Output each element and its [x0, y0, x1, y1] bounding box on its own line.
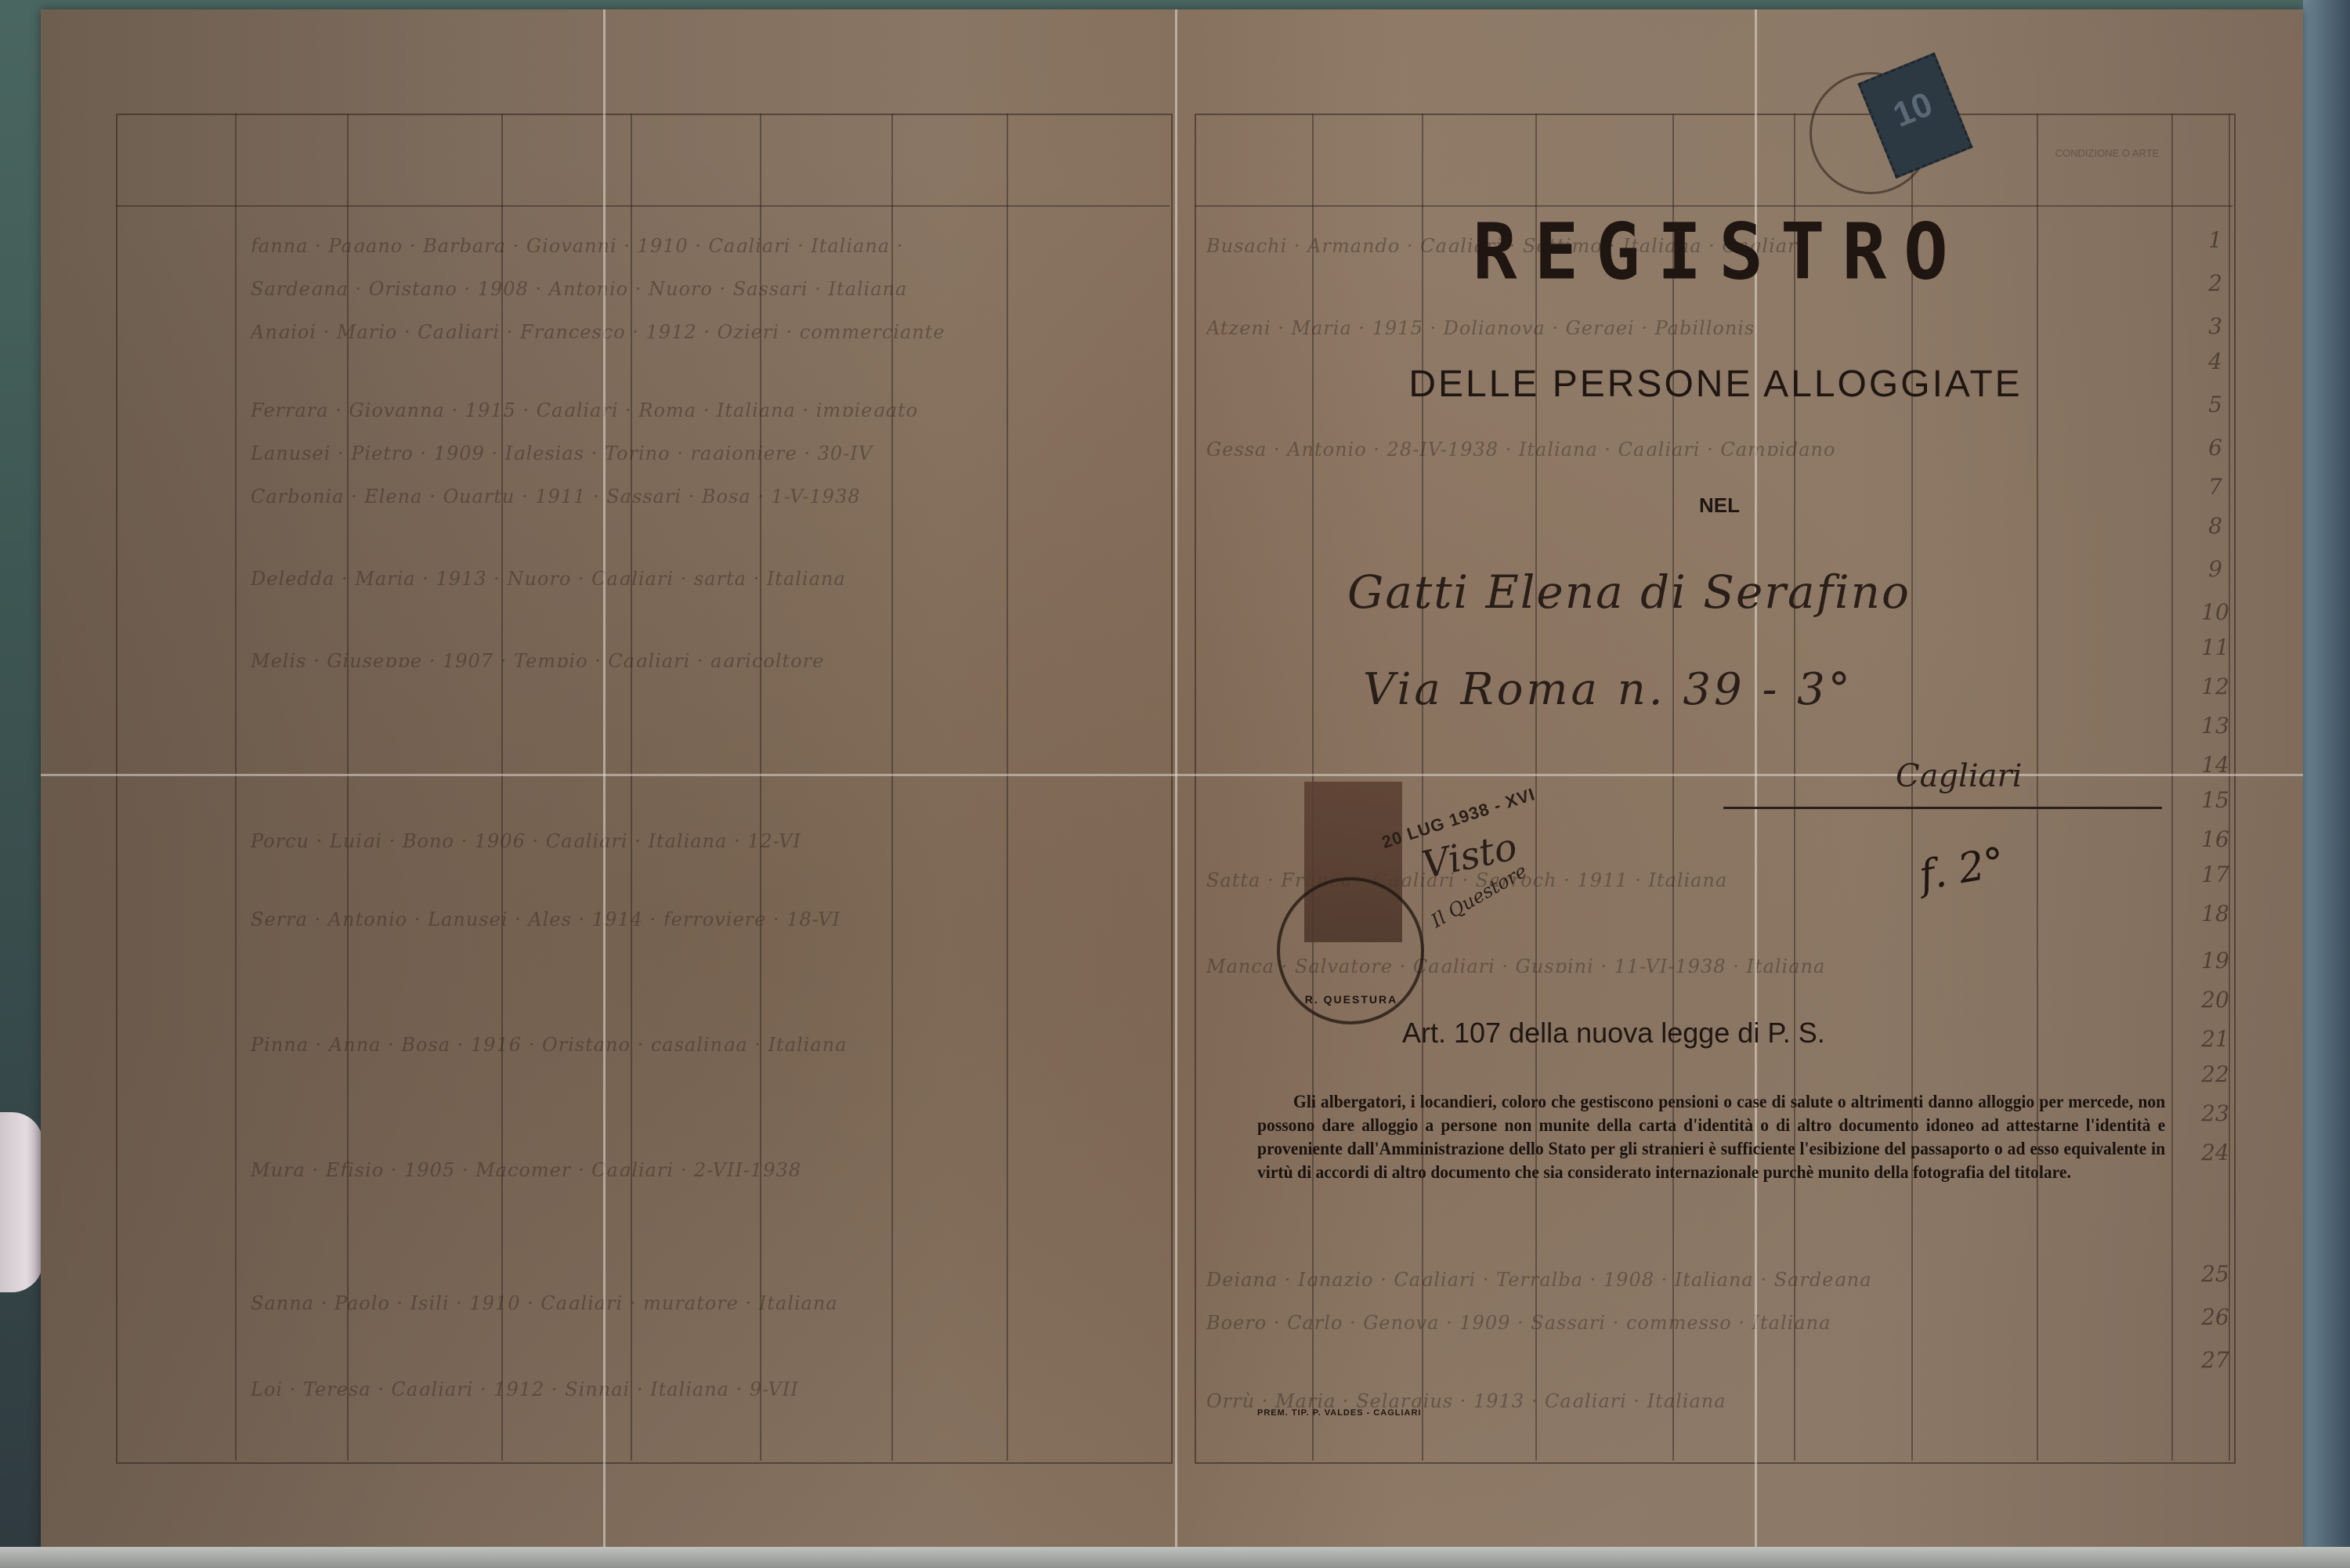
row-number: 3: [2200, 313, 2231, 339]
official-seal-text: R. QUESTURA: [1300, 993, 1402, 1006]
row-number: 15: [2200, 787, 2231, 813]
row-number: 20: [2200, 987, 2231, 1013]
row-number: 6: [2200, 435, 2231, 461]
row-number: 17: [2200, 862, 2231, 887]
right-header-divider: [1195, 205, 2232, 207]
row-number: 8: [2200, 513, 2231, 539]
row-number: 26: [2200, 1304, 2231, 1330]
law-article-title: Art. 107 della nuova legge di P. S.: [1402, 1017, 2029, 1050]
right-col-line: [2037, 114, 2038, 1461]
left-header-divider: [116, 205, 1170, 207]
bleed-through-handwriting: Deledda · Maria · 1913 · Nuoro · Cagliar…: [251, 568, 1151, 585]
bleed-through-handwriting: Lanusei · Pietro · 1909 · Iglesias · Tor…: [251, 443, 1151, 460]
bleed-through-handwriting: Ferrara · Giovanna · 1915 · Cagliari · R…: [251, 399, 1151, 417]
left-col-line: [347, 114, 349, 1461]
row-number: 2: [2200, 270, 2231, 296]
row-number: 18: [2200, 901, 2231, 927]
right-col-line: [1794, 114, 1795, 1461]
row-number: 10: [2200, 599, 2231, 625]
bleed-through-handwriting: Carbonia · Elena · Quartu · 1911 · Sassa…: [251, 486, 1151, 503]
bleed-through-handwriting: Melis · Giuseppe · 1907 · Tempio · Cagli…: [251, 650, 1151, 667]
fold-crease: [1175, 9, 1177, 1551]
row-number: 16: [2200, 826, 2231, 852]
left-col-line: [501, 114, 503, 1461]
bleed-through-handwriting: Atzeni · Maria · 1915 · Dolianova · Gerg…: [1206, 317, 2162, 334]
row-number: 27: [2200, 1347, 2231, 1373]
document-subtitle: DELLE PERSONE ALLOGGIATE: [1339, 363, 2091, 406]
bleed-through-handwriting: Boero · Carlo · Genova · 1909 · Sassari …: [1206, 1312, 2162, 1329]
handwritten-city: Cagliari: [1896, 758, 2022, 794]
row-number: 21: [2200, 1026, 2231, 1052]
bleed-through-handwriting: Deiana · Ignazio · Cagliari · Terralba ·…: [1206, 1269, 2162, 1286]
row-number: 7: [2200, 474, 2231, 500]
bleed-through-handwriting: Sanna · Paolo · Isili · 1910 · Cagliari …: [251, 1292, 1151, 1310]
underline: [1723, 807, 2162, 809]
right-col-line: [1422, 114, 1423, 1461]
right-col-line: [2171, 114, 2173, 1461]
row-number: 12: [2200, 674, 2231, 699]
bleed-through-handwriting: Pinna · Anna · Bosa · 1916 · Oristano · …: [251, 1034, 1151, 1051]
row-number: 9: [2200, 556, 2231, 582]
bleed-through-handwriting: Angioi · Mario · Cagliari · Francesco · …: [251, 321, 1151, 338]
bleed-through-handwriting: Gessa · Antonio · 28-IV-1938 · Italiana …: [1206, 439, 2162, 456]
bleed-through-handwriting: fanna · Pagano · Barbara · Giovanni · 19…: [251, 235, 1151, 252]
left-col-line: [891, 114, 893, 1461]
law-article-text: Gli albergatori, i locandieri, coloro ch…: [1257, 1090, 2165, 1184]
row-number: 1: [2200, 227, 2231, 253]
right-col-line: [1535, 114, 1537, 1461]
row-number: 5: [2200, 392, 2231, 417]
document-title: REGISTRO: [1473, 208, 1958, 297]
row-number: 25: [2200, 1261, 2231, 1287]
printer-credit: PREM. TIP. P. VALDES - CAGLIARI: [1257, 1408, 1421, 1418]
surface-below: [0, 1547, 2350, 1568]
row-number: 13: [2200, 713, 2231, 739]
column-header: CONDIZIONE O ARTE: [2052, 147, 2162, 159]
preposition-label: NEL: [1684, 493, 1755, 518]
background-right: [2303, 0, 2350, 1568]
handwritten-address: Via Roma n. 39 - 3°: [1363, 664, 1853, 715]
left-page-table: [116, 114, 1173, 1464]
row-number: 22: [2200, 1061, 2231, 1087]
left-col-line: [1007, 114, 1008, 1461]
right-col-line: [1672, 114, 1674, 1461]
bleed-through-handwriting: Sardegna · Oristano · 1908 · Antonio · N…: [251, 278, 1151, 295]
hand-holding-document: [0, 1112, 43, 1292]
bleed-through-handwriting: Serra · Antonio · Lanusei · Ales · 1914 …: [251, 909, 1151, 926]
row-number: 24: [2200, 1140, 2231, 1165]
fold-crease: [603, 9, 606, 1551]
left-col-line: [235, 114, 237, 1461]
bleed-through-handwriting: Porcu · Luigi · Bono · 1906 · Cagliari ·…: [251, 830, 1151, 847]
row-number: 19: [2200, 948, 2231, 974]
row-number: 4: [2200, 349, 2231, 374]
bleed-through-handwriting: Orrù · Maria · Selargius · 1913 · Caglia…: [1206, 1390, 2162, 1407]
row-number: 11: [2200, 634, 2231, 660]
left-col-line: [631, 114, 632, 1461]
stamp-value: 10: [1869, 78, 1956, 143]
row-number: 23: [2200, 1100, 2231, 1126]
bleed-through-handwriting: Loi · Teresa · Cagliari · 1912 · Sinnai …: [251, 1378, 1151, 1396]
left-col-line: [760, 114, 761, 1461]
handwritten-establishment-name: Gatti Elena di Serafino: [1347, 565, 1911, 619]
bleed-through-handwriting: Mura · Efisio · 1905 · Macomer · Cagliar…: [251, 1159, 1151, 1176]
